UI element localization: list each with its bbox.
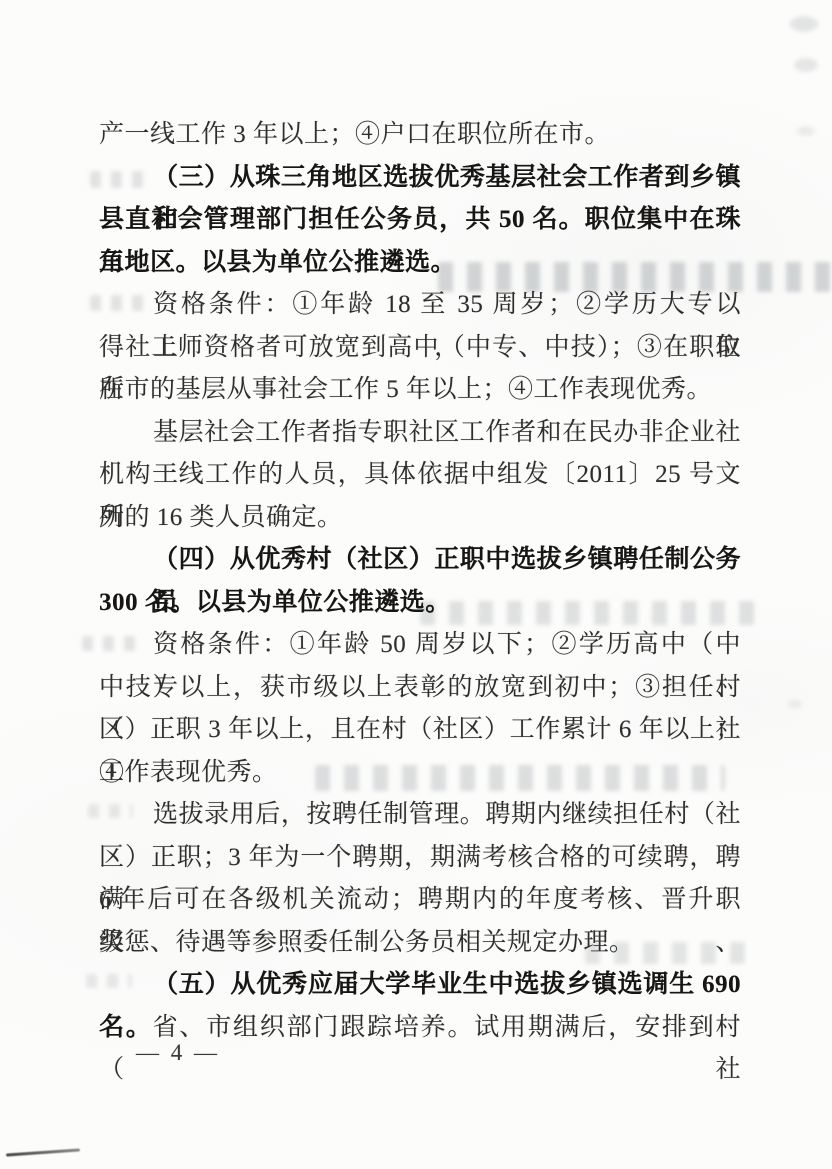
doc-line-12: 300 名。以县为单位公推遴选。 bbox=[99, 582, 741, 625]
doc-line-06: 得社工师资格者可放宽到高中（中专、中技）；③在职位所 bbox=[99, 327, 741, 370]
doc-line-10: 列的 16 类人员确定。 bbox=[99, 497, 741, 540]
doc-line-05: 资格条件：①年龄 18 至 35 周岁；②学历大专以上，取 bbox=[99, 284, 741, 327]
doc-line-14: 中技）以上，获市级以上表彰的放宽到初中；③担任村（社 bbox=[99, 667, 741, 710]
doc-line-11-section-4-heading: （四）从优秀村（社区）正职中选拔乡镇聘任制公务员 bbox=[99, 539, 741, 582]
doc-line-01: 产一线工作 3 年以上；④户口在职位所在市。 bbox=[99, 114, 741, 157]
doc-line-15: 区）正职 3 年以上，且在村（社区）工作累计 6 年以上；④ bbox=[99, 709, 741, 752]
doc-line-19: 6 年后可在各级机关流动；聘期内的年度考核、晋升职级、 bbox=[99, 879, 741, 922]
scan-speck-artifact bbox=[788, 700, 802, 708]
scan-speck-artifact bbox=[790, 16, 818, 32]
doc-line-21-section-5-heading: （五）从优秀应届大学毕业生中选拔乡镇选调生 690 bbox=[99, 964, 741, 1007]
doc-line-03: 县直社会管理部门担任公务员，共 50 名。职位集中在珠三 bbox=[99, 199, 741, 242]
document-page: 产一线工作 3 年以上；④户口在职位所在市。 （三）从珠三角地区选拔优秀基层社会… bbox=[0, 0, 832, 1169]
doc-line-08: 基层社会工作者指专职社区工作者和在民办非企业社工 bbox=[99, 412, 741, 455]
doc-line-02-section-3-heading: （三）从珠三角地区选拔优秀基层社会工作者到乡镇和 bbox=[99, 157, 741, 200]
scan-speck-artifact bbox=[794, 58, 818, 72]
doc-line-07: 在市的基层从事社会工作 5 年以上；④工作表现优秀。 bbox=[99, 369, 741, 412]
page-number: — 4 — bbox=[136, 1040, 220, 1066]
scan-corner-line-artifact bbox=[6, 1148, 80, 1156]
doc-line-16: 工作表现优秀。 bbox=[99, 752, 741, 795]
doc-line-22-bold-lead: 名。 bbox=[99, 1014, 153, 1041]
doc-line-04: 角地区。以县为单位公推遴选。 bbox=[99, 242, 741, 285]
doc-line-09: 机构一线工作的人员，具体依据中组发〔2011〕25 号文所 bbox=[99, 454, 741, 497]
document-text-block: 产一线工作 3 年以上；④户口在职位所在市。 （三）从珠三角地区选拔优秀基层社会… bbox=[99, 114, 741, 1049]
doc-line-17: 选拔录用后，按聘任制管理。聘期内继续担任村（社 bbox=[99, 794, 741, 837]
doc-line-13: 资格条件：①年龄 50 周岁以下；②学历高中（中专、 bbox=[99, 624, 741, 667]
doc-line-18: 区）正职；3 年为一个聘期，期满考核合格的可续聘，聘满 bbox=[99, 837, 741, 880]
scan-speck-artifact bbox=[797, 126, 815, 136]
